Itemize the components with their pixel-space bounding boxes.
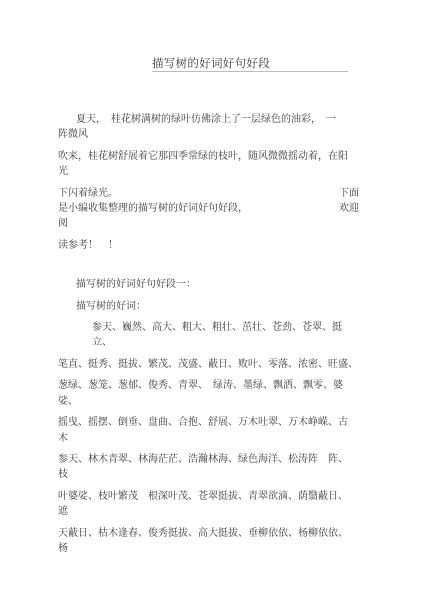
line-left-text: 下闪着绿光。	[58, 186, 118, 201]
document-title: 描写树的好词好句好段	[152, 55, 348, 72]
word-list-paragraph-3: 葱绿、葱笼、葱郁、俊秀、青翠、 绿涛、墨绿、飘洒、飘零、婆 娑、	[58, 378, 359, 409]
section-one-heading: 描写树的好词好句好段一：	[58, 277, 359, 292]
intro-paragraph-1: 夏天， 桂花树满树的绿叶仿佛涂上了一层绿色的油彩， 一 阵微风	[58, 112, 359, 143]
intro-paragraph-2: 吹来，桂花树舒展着它那四季常绿的枝叶，随风微微摇动着，在阳 光	[58, 149, 359, 180]
word-list-paragraph-4: 摇曳、摇摆、倒垂、盘曲、合抱、舒展、万木吐翠、万木峥嵘、古 木	[58, 415, 359, 446]
word-list-paragraph-2: 笔直、挺秀、挺拔、繁茂、茂盛、蔽日、败叶、零落、浓密、旺盛、	[58, 357, 359, 372]
line-left-text: 是小编收集整理的描写树的好词好句好段，	[58, 201, 248, 216]
line-right-text: 欢迎	[339, 201, 359, 216]
word-list-line: 笔直、挺秀、挺拔、繁茂、茂盛、蔽日、败叶、零落、浓密、旺盛、	[58, 357, 359, 372]
intro-paragraph-3: 下闪着绿光。 下面 是小编收集整理的描写树的好词好句好段， 欢迎 阅	[58, 186, 359, 232]
word-list-line: 叶婆娑、枝叶繁茂 根深叶茂、苍翠挺拔、青翠欲滴、荫翳蔽日、	[58, 489, 359, 504]
paragraph-line: 阅	[58, 216, 359, 231]
word-list-line: 天蔽日、枯木逢春、俊秀挺拔、高大挺拔、垂柳依依、杨柳依依、	[58, 526, 359, 541]
word-list-line: 杨	[58, 541, 359, 556]
word-list-line: 木	[58, 431, 359, 446]
word-list-paragraph-1: 参天、巍然、高大、粗大、粗壮、茁壮、苍劲、苍翠、挺 立、	[58, 320, 359, 351]
word-list-line: 遮	[58, 504, 359, 519]
word-list-line: 枝	[58, 467, 359, 482]
document-page: 描写树的好词好句好段 夏天， 桂花树满树的绿叶仿佛涂上了一层绿色的油彩， 一 阵…	[0, 0, 423, 600]
paragraph-line: 阵微风	[58, 127, 359, 142]
paragraph-line: 夏天， 桂花树满树的绿叶仿佛涂上了一层绿色的油彩， 一	[58, 112, 359, 127]
paragraph-line: 下闪着绿光。 下面	[58, 186, 359, 201]
paragraph-line: 读参考！ ！	[58, 238, 359, 253]
word-list-paragraph-6: 叶婆娑、枝叶繁茂 根深叶茂、苍翠挺拔、青翠欲滴、荫翳蔽日、 遮	[58, 489, 359, 520]
word-list-line: 娑、	[58, 394, 359, 409]
paragraph-line: 是小编收集整理的描写树的好词好句好段， 欢迎	[58, 201, 359, 216]
word-list-line: 摇曳、摇摆、倒垂、盘曲、合抱、舒展、万木吐翠、万木峥嵘、古	[58, 415, 359, 430]
line-right-text: 下面	[339, 186, 359, 201]
word-list-line: 参天、林木青翠、林海茫茫、浩瀚林海、绿色海洋、松涛阵 阵、	[58, 452, 359, 467]
word-list-line: 立、	[92, 335, 359, 350]
intro-paragraph-4: 读参考！ ！	[58, 238, 359, 253]
paragraph-line: 吹来，桂花树舒展着它那四季常绿的枝叶，随风微微摇动着，在阳	[58, 149, 359, 164]
blank-line	[58, 259, 359, 271]
word-list-line: 葱绿、葱笼、葱郁、俊秀、青翠、 绿涛、墨绿、飘洒、飘零、婆	[58, 378, 359, 393]
heading-line: 描写树的好词：	[58, 299, 359, 314]
word-list-line: 参天、巍然、高大、粗大、粗壮、茁壮、苍劲、苍翠、挺	[92, 320, 359, 335]
word-list-paragraph-7: 天蔽日、枯木逢春、俊秀挺拔、高大挺拔、垂柳依依、杨柳依依、 杨	[58, 526, 359, 557]
paragraph-line: 光	[58, 164, 359, 179]
heading-line: 描写树的好词好句好段一：	[58, 277, 359, 292]
good-words-heading: 描写树的好词：	[58, 299, 359, 314]
word-list-paragraph-5: 参天、林木青翠、林海茫茫、浩瀚林海、绿色海洋、松涛阵 阵、 枝	[58, 452, 359, 483]
